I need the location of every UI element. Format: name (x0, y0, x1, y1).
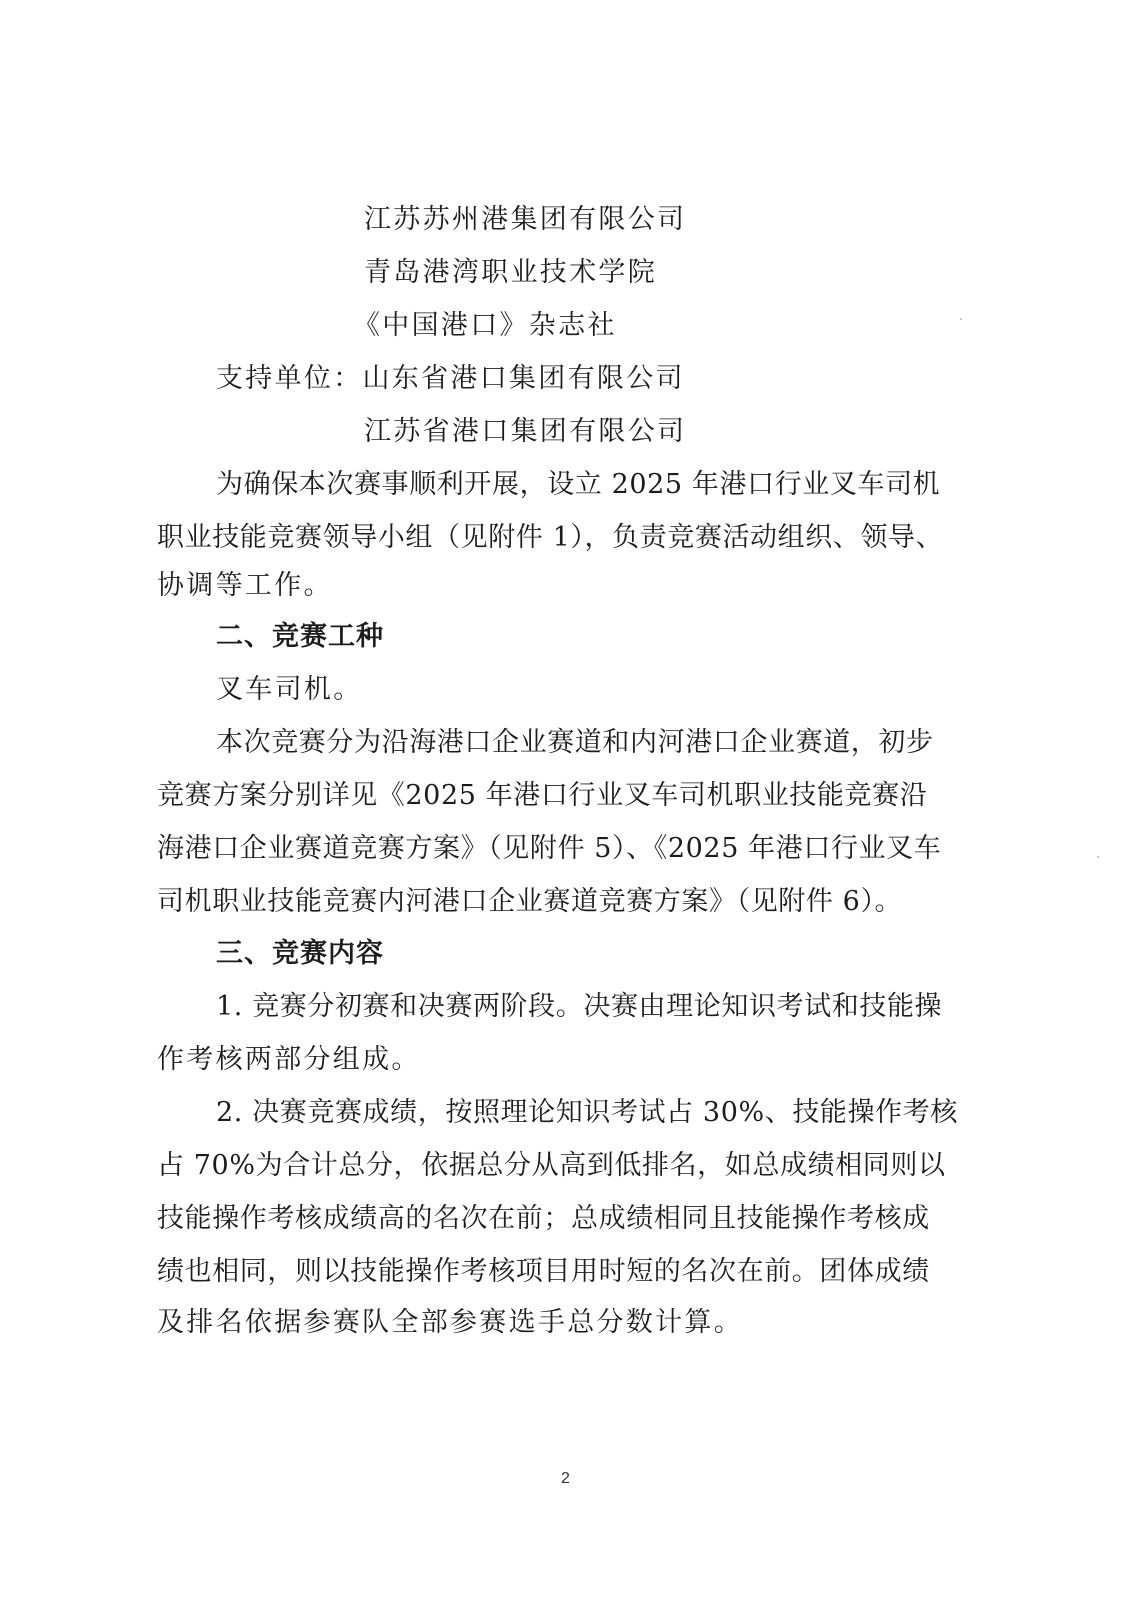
support-unit: 山东省港口集团有限公司 (363, 363, 685, 394)
support-units-line: 支持单位：山东省港口集团有限公司 (157, 353, 1046, 405)
paragraph-line: 协调等工作。 (157, 560, 987, 612)
paragraph-line: 作考核两部分组成。 (157, 1034, 987, 1086)
paragraph-line: 职业技能竞赛领导小组（见附件 1），负责竞赛活动组织、领导、 (157, 512, 987, 564)
section-heading: 二、竞赛工种 (157, 611, 1046, 663)
scan-speck (1097, 856, 1099, 858)
organizer-line: 青岛港湾职业技术学院 (157, 247, 1131, 299)
paragraph-line: 本次竞赛分为沿海港口企业赛道和内河港口企业赛道，初步 (157, 717, 1046, 769)
job-type-line: 叉车司机。 (157, 664, 1046, 716)
paragraph-line: 2. 决赛竞赛成绩，按照理论知识考试占 30%、技能操作考核 (157, 1087, 1046, 1139)
document-page: 江苏苏州港集团有限公司 青岛港湾职业技术学院 《中国港口》杂志社 支持单位：山东… (0, 0, 1131, 1600)
paragraph-line: 技能操作考核成绩高的名次在前；总成绩相同且技能操作考核成 (157, 1193, 987, 1245)
paragraph-line: 为确保本次赛事顺利开展，设立 2025 年港口行业叉车司机 (157, 459, 1046, 511)
organizer-line: 《中国港口》杂志社 (157, 300, 1131, 352)
scan-speck (960, 318, 962, 320)
paragraph-line: 竞赛方案分别详见《2025 年港口行业叉车司机职业技能竞赛沿 (157, 770, 987, 822)
paragraph-line: 占 70%为合计总分，依据总分从高到低排名，如总成绩相同则以 (157, 1140, 987, 1192)
paragraph-line: 司机职业技能竞赛内河港口企业赛道竞赛方案》（见附件 6）。 (157, 876, 987, 928)
page-number: 2 (0, 1470, 1131, 1488)
paragraph-line: 绩也相同，则以技能操作考核项目用时短的名次在前。团体成绩 (157, 1246, 987, 1298)
support-unit-line: 江苏省港口集团有限公司 (157, 406, 1131, 458)
paragraph-line: 1. 竞赛分初赛和决赛两阶段。决赛由理论知识考试和技能操 (157, 981, 1046, 1033)
paragraph-line: 海港口企业赛道竞赛方案》（见附件 5）、《2025 年港口行业叉车 (157, 823, 987, 875)
paragraph-line: 及排名依据参赛队全部参赛选手总分数计算。 (157, 1297, 987, 1349)
organizer-line: 江苏苏州港集团有限公司 (157, 194, 1131, 246)
section-heading: 三、竞赛内容 (157, 928, 1046, 980)
support-units-label: 支持单位： (216, 363, 363, 394)
